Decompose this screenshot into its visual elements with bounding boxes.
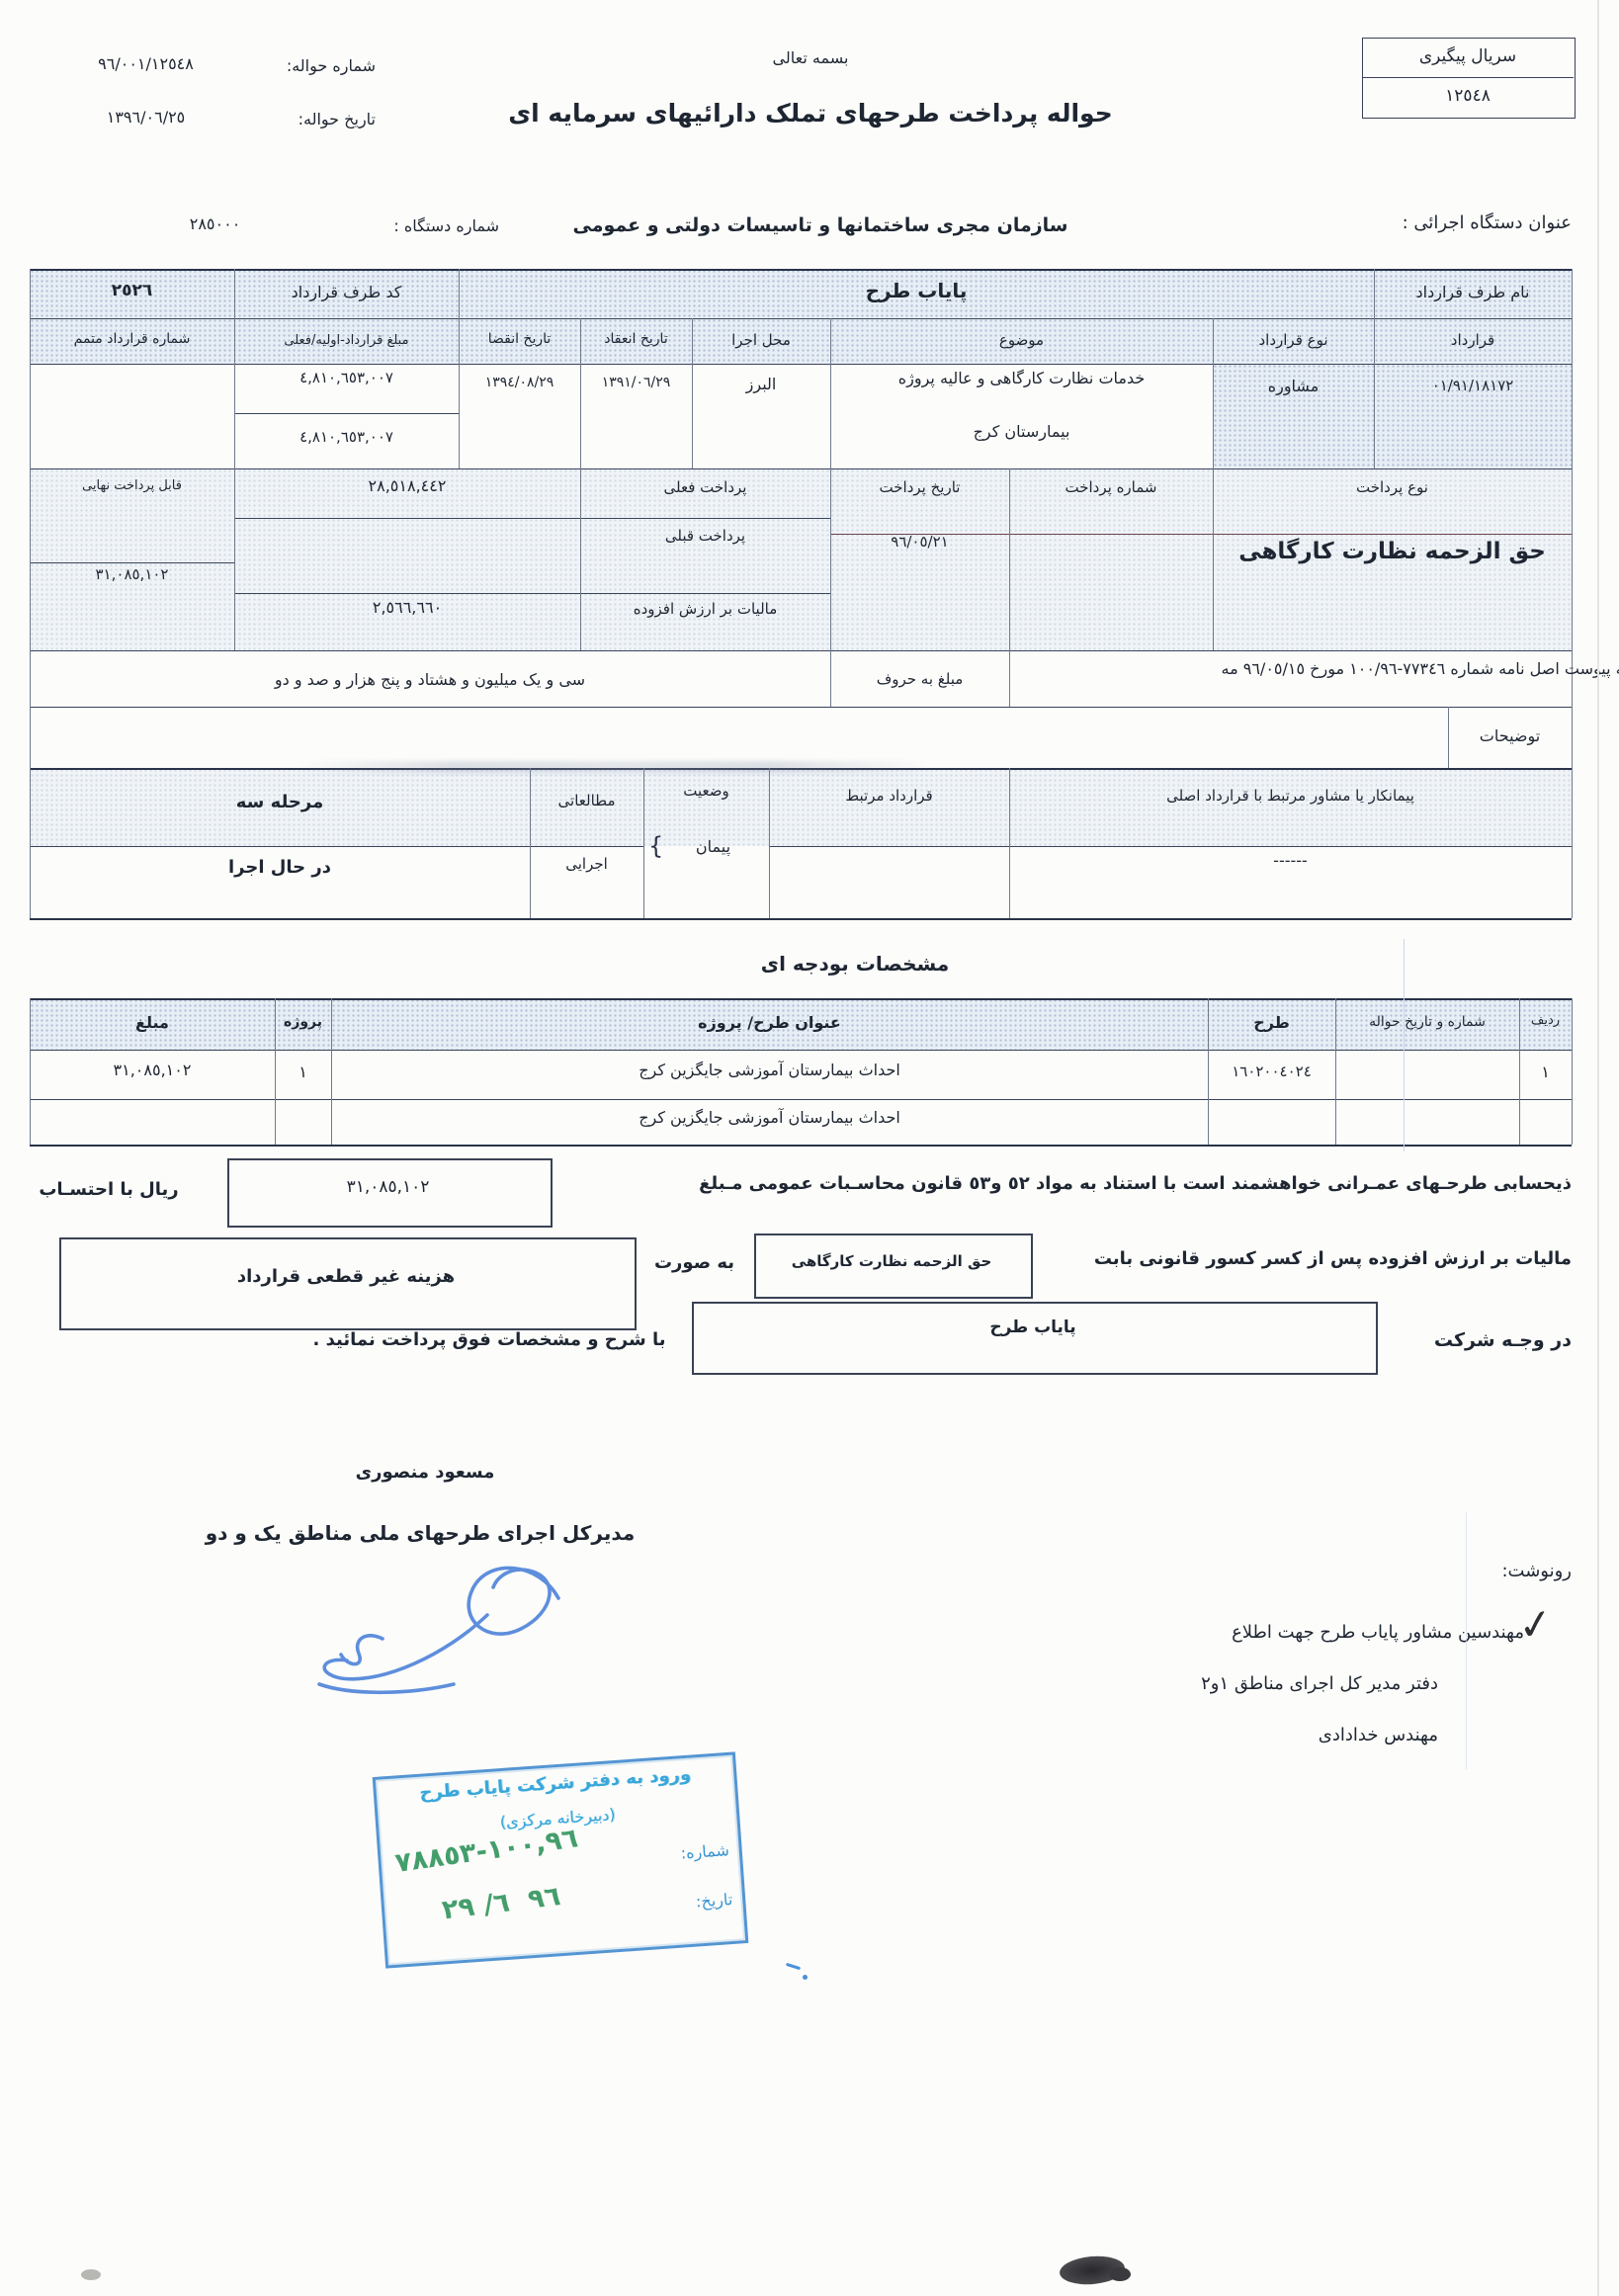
payment-vat-value: ٢,٥٦٦,٦٦٠ — [234, 597, 580, 619]
grid-line — [30, 1050, 1572, 1051]
contract-location-value: البرز — [692, 374, 830, 395]
payment-date-value: ٩٦/٠٥/٢١ — [830, 532, 1009, 552]
grid-line — [30, 998, 1572, 1000]
handwritten-signature — [262, 1544, 588, 1717]
grid-line — [234, 413, 459, 414]
grid-line — [234, 518, 830, 519]
budget-row-title: احداث بیمارستان آموزشی جایگزین کرج — [331, 1060, 1208, 1081]
request-amount-value: ٣١,٠٨٥,١٠٢ — [227, 1176, 549, 1199]
state-label: وضعیت — [643, 781, 769, 801]
payment-previous-label: پرداخت قبلی — [580, 526, 830, 546]
grid-line — [30, 1145, 1572, 1147]
contractor-value-dashes: ------ — [1009, 850, 1572, 872]
col-contract-type: نوع قرارداد — [1213, 330, 1374, 350]
request-line3: در وجـه شرکت — [1384, 1328, 1572, 1354]
col-location: محل اجرا — [692, 330, 830, 350]
grid-line — [30, 650, 1572, 651]
grid-line — [30, 562, 234, 563]
agency-label: عنوان دستگاه اجرائی : — [1315, 212, 1572, 235]
scanned-payment-order-document: سریال پیگیری ١٢٥٤٨ بسمه تعالی شماره حوال… — [0, 0, 1619, 2296]
grid-line — [769, 846, 1572, 847]
party-name-value: پایاب طرح — [459, 278, 1374, 304]
request-line1: ذیحسابی طرحـهای عمـرانی خواهشمند است با … — [554, 1172, 1572, 1196]
bottom-ink-smudge-small — [1109, 2267, 1131, 2281]
amount-words-value: سی و یک میلیون و هشتاد و پنج هزار و صد و… — [30, 669, 830, 691]
budget-col-plan: طرح — [1208, 1012, 1335, 1034]
invoice-number-label: شماره حواله: — [222, 55, 376, 77]
stray-pen-dot — [803, 1975, 808, 1980]
contract-amount-current: ٤,٨١٠,٦٥٣,٠٠٧ — [234, 427, 459, 447]
budget-row2-title: احداث بیمارستان آموزشی جایگزین کرج — [331, 1107, 1208, 1129]
payment-vat-label: مالیات بر ارزش افزوده — [580, 599, 830, 619]
grid-line — [30, 846, 643, 847]
signer-title: مدیرکل اجرای طرحهای ملی مناطق یک و دو — [163, 1520, 677, 1547]
grid-line — [30, 1099, 1572, 1100]
stamp-date-handwritten: ٩٦ ٦/ ٢٩ — [440, 1881, 561, 1925]
payment-final-label: قابل پرداخت نهایی — [30, 477, 234, 495]
tracking-serial-divider — [1362, 77, 1574, 78]
col-payment-type: نوع پرداخت — [1213, 477, 1572, 497]
document-title: حواله پرداخت طرحهای تملک دارائیهای سرمای… — [415, 97, 1206, 130]
phase-value: در حال اجرا — [30, 856, 530, 880]
col-supplement: شماره قرارداد متمم — [30, 330, 234, 349]
invoice-number-value: ٩٦/٠٠١/١٢٥٤٨ — [49, 53, 242, 75]
stamp-date-label: تاریخ: — [695, 1890, 732, 1912]
device-number-value: ٢٨٥٠٠٠ — [133, 213, 297, 235]
invoice-date-value: ١٣٩٦/٠٦/٢٥ — [49, 107, 242, 128]
contract-number-value: ٠١/٩١/١٨١٧٢ — [1374, 376, 1572, 395]
grid-line — [30, 364, 1572, 365]
scan-artifact-line — [1404, 939, 1405, 1151]
budget-col-ref: شماره و تاریخ حواله — [1335, 1013, 1519, 1032]
grid-line — [30, 918, 1572, 920]
bismillah-text: بسمه تعالی — [712, 47, 909, 69]
budget-row-plan: ١٦٠٢٠٠٤٠٢٤ — [1208, 1062, 1335, 1081]
copies-item-2: دفتر مدیر کل اجرای مناطق ١و٢ — [1137, 1672, 1438, 1696]
office-entry-stamp: ورود به دفتر شرکت پایاب طرح (دبیرخانه مر… — [373, 1751, 749, 1968]
party-name-label: نام طرف قرارداد — [1374, 282, 1572, 303]
phase-label: مرحله سه — [30, 791, 530, 814]
contract-expire-date-value: ١٣٩٤/٠٨/٢٩ — [459, 374, 580, 392]
grid-line — [1572, 269, 1573, 918]
budget-title: مشخصات بودجه ای — [608, 951, 1102, 978]
request-line3-suffix: با شرح و مشخصات فوق پرداخت نمائید . — [297, 1328, 682, 1352]
grid-line — [1572, 998, 1573, 1145]
budget-row-amount: ٣١,٠٨٥,١٠٢ — [30, 1060, 275, 1081]
contract-amount-initial: ٤,٨١٠,٦٥٣,٠٠٧ — [234, 368, 459, 387]
exec-label: اجرایی — [530, 854, 643, 874]
request-line2: مالیات بر ارزش افزوده پس از کسر کسور قان… — [1038, 1247, 1572, 1271]
contractor-label: پیمانکار یا مشاور مرتبط با قرارداد اصلی — [1009, 786, 1572, 806]
scan-artifact-line — [1466, 1512, 1467, 1769]
grid-line — [30, 318, 1572, 319]
grid-line — [234, 593, 830, 594]
contract-subject-line1: خدمات نظارت کارگاهی و عالیه پروژه — [830, 368, 1213, 389]
budget-col-title: عنوان طرح/ پروژه — [331, 1012, 1208, 1034]
request-reason-value: حق الزحمه نظارت کارگاهی — [754, 1251, 1029, 1271]
payment-current-label: پرداخت فعلی — [580, 477, 830, 497]
faint-ink-smudge — [297, 761, 929, 773]
notes-label: توضیحات — [1448, 725, 1572, 747]
party-code-value: ٢٥٢٦ — [30, 280, 234, 302]
payment-type-value: حق الزحمه نظارت کارگاهی — [1213, 537, 1572, 567]
col-payment-date: تاریخ پرداخت — [830, 477, 1009, 497]
request-line2-mid: به صورت — [642, 1251, 746, 1275]
payment-final-value: ٣١,٠٨٥,١٠٢ — [30, 564, 234, 584]
col-subject: موضوع — [830, 330, 1213, 350]
study-label: مطالعاتی — [530, 791, 643, 810]
payment-current-value: ٢٨,٥١٨,٤٤٢ — [234, 475, 580, 497]
grid-line — [30, 269, 1572, 271]
budget-col-row: ردیف — [1519, 1012, 1572, 1030]
stray-pen-mark — [786, 1963, 801, 1970]
state-brace: { — [648, 830, 663, 862]
contract-subject-line2: بیمارستان کرج — [830, 421, 1213, 443]
party-code-label: کد طرف قرارداد — [234, 282, 459, 303]
col-contract: قرارداد — [1374, 330, 1572, 350]
copies-label: رونوشت: — [1423, 1560, 1572, 1583]
stamp-number-label: شماره: — [680, 1840, 729, 1862]
col-amount: مبلغ قرارداد-اولیه/فعلی — [234, 332, 459, 350]
budget-col-project: پروژه — [275, 1013, 331, 1032]
contract-type-value: مشاوره — [1213, 376, 1374, 397]
contract-sign-date-value: ١٣٩١/٠٦/٢٩ — [580, 374, 692, 392]
invoice-date-label: تاریخ حواله: — [222, 109, 376, 130]
related-contract-label: قرارداد مرتبط — [769, 786, 1009, 806]
budget-row-project: ١ — [275, 1062, 331, 1083]
request-cost-type-value: هزینه غیر قطعی قرارداد — [59, 1265, 633, 1289]
budget-row-index: ١ — [1519, 1062, 1572, 1083]
col-sign-date: تاریخ انعقاد — [580, 330, 692, 349]
request-line1-suffix: ریال با احتسـاب — [35, 1178, 183, 1202]
budget-col-amount: مبلغ — [30, 1012, 275, 1034]
state-word: پیمان — [657, 836, 769, 858]
agency-name: سازمان مجری ساختمانها و تاسیسات دولتی و … — [474, 213, 1166, 239]
attachment-note: با سلام به پیوست اصل نامه شماره ٧٧٣٤٦-١٠… — [988, 658, 1619, 680]
copies-item-3: مهندس خدادادی — [1250, 1724, 1438, 1747]
copies-item-1: مهندسین مشاور پایاب طرح جهت اطلاع — [1048, 1621, 1524, 1645]
col-payment-number: شماره پرداخت — [1009, 477, 1213, 497]
grid-line — [30, 468, 1572, 469]
signer-name: مسعود منصوری — [316, 1461, 534, 1485]
tracking-serial-value: ١٢٥٤٨ — [1362, 85, 1574, 108]
device-number-label: شماره دستگاه : — [351, 215, 499, 237]
grid-line — [30, 269, 31, 918]
request-payee-value: پایاب طرح — [692, 1317, 1374, 1339]
page-fold-line — [1597, 0, 1599, 2296]
grid-line — [234, 269, 235, 650]
tracking-serial-label: سریال پیگیری — [1362, 45, 1574, 68]
amount-words-label: مبلغ به حروف — [830, 669, 1009, 689]
grid-line — [30, 707, 1572, 708]
col-expire-date: تاریخ انقضا — [459, 330, 580, 349]
bottom-left-mark — [81, 2269, 101, 2280]
